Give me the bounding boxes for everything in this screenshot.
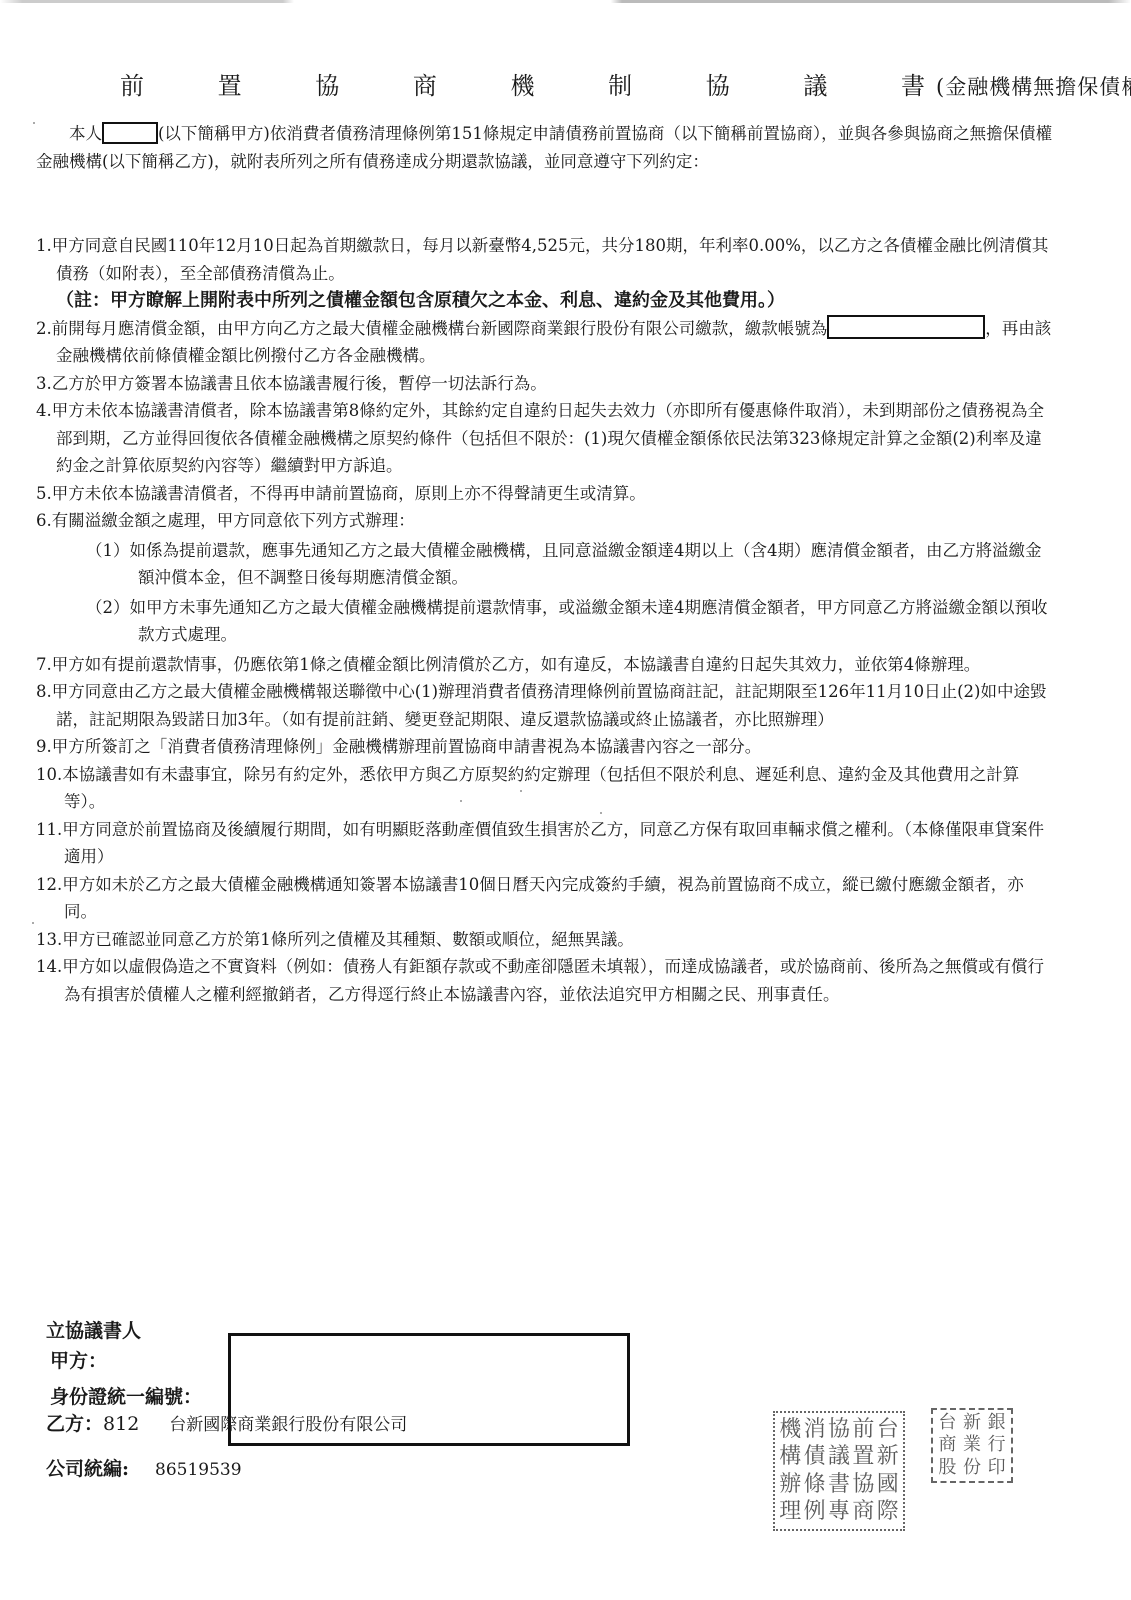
clause-6-sub-item-2: （2）如甲方未事先通知乙方之最大債權金融機構提前還款情事，或溢繳金額未達4期應清… bbox=[56, 594, 1056, 649]
seal-char: 書 bbox=[827, 1471, 851, 1499]
seal-char: 消 bbox=[802, 1416, 826, 1444]
clause-1: 1.甲方同意自民國110年12月10日起為首期繳款日，每月以新臺幣4,525元，… bbox=[36, 232, 1056, 315]
seal-char: 股 bbox=[935, 1457, 960, 1479]
party-b-bank-name: 台新國際商業銀行股份有限公司 bbox=[169, 1415, 407, 1435]
clause-number: 11. bbox=[36, 820, 62, 839]
seal-char: 新 bbox=[876, 1444, 900, 1472]
clause-text: 甲方已確認並同意乙方於第1條所列之債權及其種類、數額或順位，絕無異議。 bbox=[62, 930, 634, 949]
seal-char: 辦 bbox=[778, 1471, 802, 1499]
seal-char: 商 bbox=[935, 1434, 960, 1456]
party-a-label: 甲方： bbox=[46, 1346, 202, 1376]
clause-5: 5.甲方未依本協議書清償者，不得再申請前置協商，原則上亦不得聲請更生或清算。 bbox=[36, 480, 1056, 508]
clause-number: 13. bbox=[36, 930, 62, 949]
tax-id-value: 86519539 bbox=[155, 1460, 242, 1480]
id-number-label: 身份證統一編號： bbox=[46, 1382, 202, 1412]
clause-12: 12.甲方如未於乙方之最大債權金融機構通知簽署本協議書10個日曆天內完成簽約手續… bbox=[36, 871, 1056, 926]
clause-number: 8. bbox=[36, 682, 52, 701]
intro-text: (以下簡稱甲方)依消費者債務清理條例第151條規定申請債務前置協商（以下簡稱前置… bbox=[36, 124, 1052, 171]
intro-paragraph: 本人(以下簡稱甲方)依消費者債務清理條例第151條規定申請債務前置協商（以下簡稱… bbox=[36, 120, 1056, 175]
clause-number: 3. bbox=[36, 374, 52, 393]
scanned-agreement-page: 前 置 協 商 機 制 協 議 書(金融機構無擔保債權) 本人(以下簡稱甲方)依… bbox=[0, 0, 1131, 1600]
party-b-row: 乙方：812台新國際商業銀行股份有限公司 bbox=[46, 1409, 407, 1436]
seal-char: 構 bbox=[778, 1444, 802, 1472]
seal-char: 台 bbox=[935, 1412, 960, 1434]
clause-text: 甲方如未於乙方之最大債權金融機構通知簽署本協議書10個日曆天內完成簽約手續，視為… bbox=[62, 875, 1024, 922]
clause-14: 14.甲方如以虛假偽造之不實資料（例如：債務人有鉅額存款或不動產卻隱匿未填報），… bbox=[36, 953, 1056, 1008]
clause-11: 11.甲方同意於前置協商及後續履行期間，如有明顯貶落動產價值致生損害於乙方，同意… bbox=[36, 816, 1056, 871]
clause-number: 10. bbox=[36, 765, 62, 784]
sub-item-text: 如甲方未事先通知乙方之最大債權金融機構提前還款情事，或溢繳金額未達4期應清償金額… bbox=[130, 598, 1048, 645]
scan-speck bbox=[460, 800, 462, 802]
clause-text: 甲方所簽訂之「消費者債務清理條例」金融機構辦理前置協商申請書視為本協議書內容之一… bbox=[52, 737, 762, 756]
seal-char: 前 bbox=[851, 1416, 875, 1444]
clause-6-sub-item-1: （1）如係為提前還款，應事先通知乙方之最大債權金融機構，且同意溢繳金額達4期以上… bbox=[56, 537, 1056, 592]
scan-speck bbox=[520, 790, 522, 792]
seal-char: 業 bbox=[960, 1434, 985, 1456]
clause-bold-note: （註：甲方瞭解上開附表中所列之債權金額包含原積欠之本金、利息、違約金及其他費用。… bbox=[56, 290, 785, 311]
company-tax-id-row: 公司統編:86519539 bbox=[46, 1454, 242, 1481]
seal-char: 理 bbox=[778, 1499, 802, 1527]
clause-8: 8.甲方同意由乙方之最大債權金融機構報送聯徵中心(1)辦理消費者債務清理條例前置… bbox=[36, 678, 1056, 733]
seal-char: 銀 bbox=[984, 1412, 1009, 1434]
seal-char: 協 bbox=[851, 1471, 875, 1499]
clause-number: 12. bbox=[36, 875, 62, 894]
seal-char: 台 bbox=[876, 1416, 900, 1444]
seal-char: 國 bbox=[876, 1471, 900, 1499]
clause-7: 7.甲方如有提前還款情事，仍應依第1條之債權金額比例清償於乙方，如有違反，本協議… bbox=[36, 651, 1056, 679]
scan-artifact-top-edge bbox=[0, 0, 1131, 3]
seal-char: 專 bbox=[827, 1499, 851, 1527]
clause-text: 本協議書如有未盡事宜，除另有約定外，悉依甲方與乙方原契約約定辦理（包括但不限於利… bbox=[62, 765, 1019, 812]
intro-before-name: 本人 bbox=[69, 124, 102, 143]
scan-speck bbox=[600, 812, 602, 814]
seal-char: 商 bbox=[851, 1499, 875, 1527]
signature-block: 立協議書人 甲方： 身份證統一編號： bbox=[46, 1316, 202, 1412]
clause-text: 甲方未依本協議書清償者，不得再申請前置協商，原則上亦不得聲請更生或清算。 bbox=[52, 484, 646, 503]
seal-char: 印 bbox=[984, 1457, 1009, 1479]
clause-number: 4. bbox=[36, 401, 52, 420]
title-main: 前 置 協 商 機 制 協 議 書 bbox=[120, 72, 958, 100]
clause-number: 2. bbox=[36, 319, 52, 338]
clause-text: 甲方同意於前置協商及後續履行期間，如有明顯貶落動產價值致生損害於乙方，同意乙方保… bbox=[62, 820, 1044, 867]
clause-13: 13.甲方已確認並同意乙方於第1條所列之債權及其種類、數額或順位，絕無異議。 bbox=[36, 926, 1056, 954]
seal-char: 際 bbox=[876, 1499, 900, 1527]
clause-text: 乙方於甲方簽署本協議書且依本協議書履行後，暫停一切法訴行為。 bbox=[52, 374, 547, 393]
title-subtitle: (金融機構無擔保債權) bbox=[936, 75, 1131, 99]
scan-speck bbox=[32, 922, 34, 924]
clause-text: 甲方同意自民國110年12月10日起為首期繳款日，每月以新臺幣4,525元，共分… bbox=[52, 236, 1049, 283]
signatory-heading: 立協議書人 bbox=[46, 1316, 202, 1346]
party-b-bank-code: 812 bbox=[103, 1413, 139, 1435]
clause-2: 2.前開每月應清償金額，由甲方向乙方之最大債權金融機構台新國際商業銀行股份有限公… bbox=[36, 315, 1056, 370]
clause-6: 6.有關溢繳金額之處理，甲方同意依下列方式辦理： （1）如係為提前還款，應事先通… bbox=[36, 507, 1056, 649]
clause-3: 3.乙方於甲方簽署本協議書且依本協議書履行後，暫停一切法訴行為。 bbox=[36, 370, 1056, 398]
clause-9: 9.甲方所簽訂之「消費者債務清理條例」金融機構辦理前置協商申請書視為本協議書內容… bbox=[36, 733, 1056, 761]
seal-char: 債 bbox=[802, 1444, 826, 1472]
clause-text: 有關溢繳金額之處理，甲方同意依下列方式辦理： bbox=[52, 511, 415, 530]
seal-char: 份 bbox=[960, 1457, 985, 1479]
seal-char: 議 bbox=[827, 1444, 851, 1472]
clause-number: 5. bbox=[36, 484, 52, 503]
clause-list: 1.甲方同意自民國110年12月10日起為首期繳款日，每月以新臺幣4,525元，… bbox=[36, 232, 1056, 1008]
clause-text: 前開每月應清償金額，由甲方向乙方之最大債權金融機構台新國際商業銀行股份有限公司繳… bbox=[52, 319, 828, 338]
sub-item-text: 如係為提前還款，應事先通知乙方之最大債權金融機構，且同意溢繳金額達4期以上（含4… bbox=[130, 541, 1042, 588]
clause-number: 6. bbox=[36, 511, 52, 530]
scan-speck bbox=[960, 440, 962, 442]
scan-speck bbox=[470, 880, 472, 882]
seal-char: 條 bbox=[802, 1471, 826, 1499]
clause-number: 14. bbox=[36, 957, 62, 976]
seal-char: 例 bbox=[802, 1499, 826, 1527]
seal-char: 新 bbox=[960, 1412, 985, 1434]
sub-item-number: （2） bbox=[86, 598, 130, 617]
tax-id-label: 公司統編: bbox=[46, 1458, 129, 1480]
company-seal-stamp-icon: 機 消 協 前 台 構 債 議 置 新 辦 條 書 協 國 理 例 專 商 際 bbox=[773, 1411, 905, 1531]
seal-char: 機 bbox=[778, 1416, 802, 1444]
seal-char: 行 bbox=[984, 1434, 1009, 1456]
seal-char: 協 bbox=[827, 1416, 851, 1444]
document-title: 前 置 協 商 機 制 協 議 書(金融機構無擔保債權) bbox=[120, 66, 1020, 101]
sub-item-number: （1） bbox=[86, 541, 130, 560]
clause-number: 1. bbox=[36, 236, 52, 255]
clause-text: 甲方如有提前還款情事，仍應依第1條之債權金額比例清償於乙方，如有違反，本協議書自… bbox=[52, 655, 981, 674]
clause-text: 甲方未依本協議書清償者，除本協議書第8條約定外，其餘約定自違約日起失去效力（亦即… bbox=[52, 401, 1044, 475]
clause-10: 10.本協議書如有未盡事宜，除另有約定外，悉依甲方與乙方原契約約定辦理（包括但不… bbox=[36, 761, 1056, 816]
redacted-name-box bbox=[102, 122, 158, 144]
seal-char: 置 bbox=[851, 1444, 875, 1472]
clause-number: 7. bbox=[36, 655, 52, 674]
party-b-label: 乙方： bbox=[46, 1413, 103, 1435]
scan-speck bbox=[33, 122, 35, 124]
clause-number: 9. bbox=[36, 737, 52, 756]
redacted-account-number-box bbox=[827, 315, 985, 339]
clause-4: 4.甲方未依本協議書清償者，除本協議書第8條約定外，其餘約定自違約日起失去效力（… bbox=[36, 397, 1056, 480]
clause-text: 甲方同意由乙方之最大債權金融機構報送聯徵中心(1)辦理消費者債務清理條例前置協商… bbox=[52, 682, 1047, 729]
clause-text: 甲方如以虛假偽造之不實資料（例如：債務人有鉅額存款或不動產卻隱匿未填報），而達成… bbox=[62, 957, 1044, 1004]
representative-seal-stamp-icon: 台 新 銀 商 業 行 股 份 印 bbox=[931, 1408, 1013, 1483]
